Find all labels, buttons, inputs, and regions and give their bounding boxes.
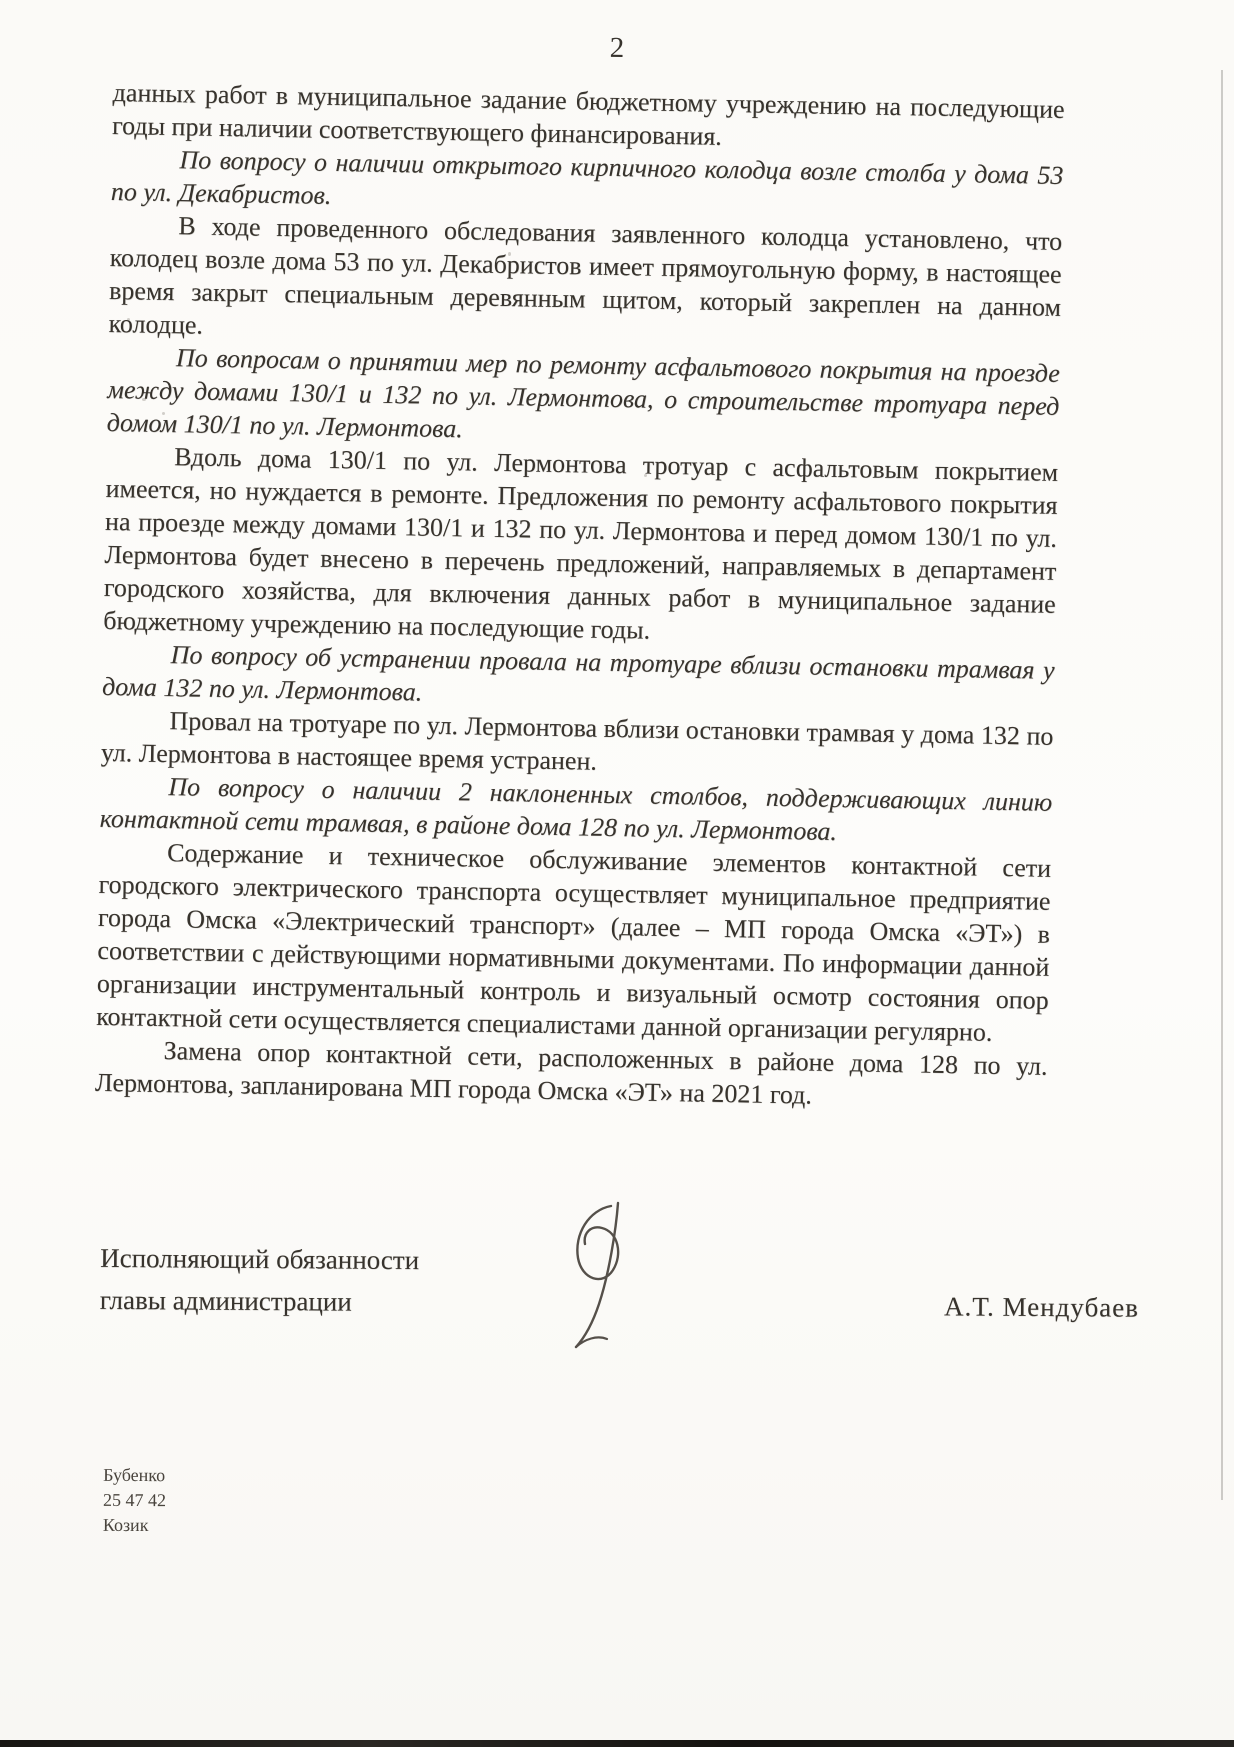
paragraph-answer-asphalt: Вдоль дома 130/1 по ул. Лермонтова троту…	[103, 439, 1058, 654]
signatory-title-line1: Исполняющий обязанности	[100, 1237, 419, 1281]
signatory-name: А.Т. Мендубаев	[944, 1291, 1139, 1323]
executor-name-2: Козик	[103, 1513, 166, 1538]
handwritten-signature	[545, 1198, 655, 1350]
executor-name: Бубенко	[103, 1463, 166, 1488]
executor-phone: 25 47 42	[103, 1488, 166, 1513]
signatory-title: Исполняющий обязанности главы администра…	[100, 1237, 420, 1323]
document-body: данных работ в муниципальное задание бюд…	[95, 76, 1065, 1116]
page-number: 2	[0, 26, 1234, 72]
scan-speck	[644, 474, 647, 477]
scan-speck	[127, 318, 130, 321]
scanned-document-page: 2 данных работ в муниципальное задание б…	[0, 0, 1234, 1747]
scan-speck	[142, 398, 146, 401]
paragraph-answer-well: В ходе проведенного обследования заявлен…	[108, 208, 1062, 357]
scan-speck	[162, 412, 165, 415]
paragraph-question-asphalt: По вопросам о принятии мер по ремонту ас…	[107, 340, 1061, 456]
scan-speck	[508, 252, 511, 256]
paragraph-answer-poles: Содержание и техническое обслуживание эл…	[96, 835, 1051, 1050]
scan-edge-bottom	[0, 1740, 1234, 1747]
signatory-title-line2: главы администрации	[100, 1279, 419, 1323]
scan-edge-line	[1221, 70, 1223, 1500]
executor-footer: Бубенко 25 47 42 Козик	[103, 1463, 166, 1538]
